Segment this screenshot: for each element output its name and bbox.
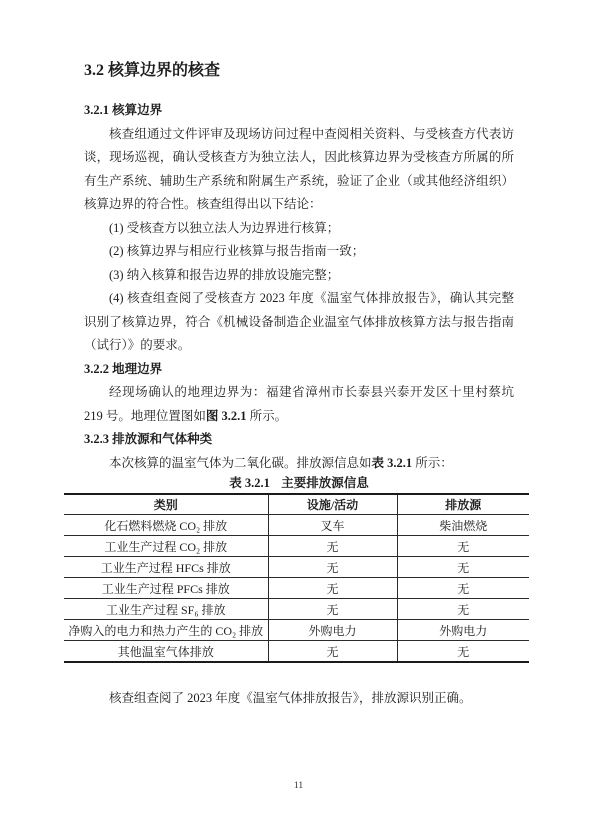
table-cell: 其他温室气体排放 xyxy=(64,641,268,663)
col-header-category: 类别 xyxy=(64,494,268,515)
paragraph-closing: 核查组查阅了 2023 年度《温室气体排放报告》，排放源识别正确。 xyxy=(84,687,514,711)
figure-reference: 图 3.2.1 xyxy=(206,409,247,423)
table-cell: 工业生产过程 SF₆ 排放 xyxy=(64,599,268,620)
table-cell: 外购电力 xyxy=(397,620,529,641)
conclusion-item-2: (2) 核算边界与相应行业核算与报告指南一致； xyxy=(84,240,514,264)
table-cell: 柴油燃烧 xyxy=(397,515,529,536)
table-cell: 无 xyxy=(268,599,397,620)
col-header-emission-source: 排放源 xyxy=(397,494,529,515)
geo-text-before: 经现场确认的地理边界为：福建省漳州市长泰县兴泰开发区十里村蔡坑 219 号。地理… xyxy=(84,385,514,423)
subsection-heading-geographic-boundary: 3.2.2 地理边界 xyxy=(84,358,514,382)
table-cell: 净购入的电力和热力产生的 CO₂ 排放 xyxy=(64,620,268,641)
table-caption-label: 表 3.2.1 xyxy=(229,476,270,490)
table-cell: 外购电力 xyxy=(268,620,397,641)
emission-sources-table: 类别 设施/活动 排放源 化石燃料燃烧 CO₂ 排放 叉车 柴油燃烧 工业生产过… xyxy=(64,493,529,663)
src-text-before: 本次核算的温室气体为二氧化碳。排放源信息如 xyxy=(109,456,372,470)
table-cell: 无 xyxy=(397,536,529,557)
table-cell: 工业生产过程 PFCs 排放 xyxy=(64,578,268,599)
geo-text-after: 所示。 xyxy=(247,409,288,423)
section-heading: 3.2 核算边界的核查 xyxy=(84,60,514,82)
page-number: 11 xyxy=(0,781,597,791)
table-cell: 无 xyxy=(397,557,529,578)
paragraph-geographic-boundary: 经现场确认的地理边界为：福建省漳州市长泰县兴泰开发区十里村蔡坑 219 号。地理… xyxy=(84,381,514,428)
table-caption-title: 主要排放源信息 xyxy=(281,476,369,490)
table-row: 工业生产过程 CO₂ 排放 无 无 xyxy=(64,536,529,557)
table-row: 净购入的电力和热力产生的 CO₂ 排放 外购电力 外购电力 xyxy=(64,620,529,641)
page-content: 3.2 核算边界的核查 3.2.1 核算边界 核查组通过文件评审及现场访问过程中… xyxy=(0,0,597,711)
table-row: 工业生产过程 PFCs 排放 无 无 xyxy=(64,578,529,599)
table-cell: 叉车 xyxy=(268,515,397,536)
table-cell: 无 xyxy=(268,578,397,599)
conclusion-item-1: (1) 受核查方以独立法人为边界进行核算； xyxy=(84,217,514,241)
table-cell: 无 xyxy=(268,641,397,663)
table-cell: 无 xyxy=(397,641,529,663)
table-cell: 工业生产过程 CO₂ 排放 xyxy=(64,536,268,557)
src-text-after: 所示： xyxy=(412,456,453,470)
col-header-facility-activity: 设施/活动 xyxy=(268,494,397,515)
table-row: 工业生产过程 SF₆ 排放 无 无 xyxy=(64,599,529,620)
document-page: 3.2 核算边界的核查 3.2.1 核算边界 核查组通过文件评审及现场访问过程中… xyxy=(0,0,597,840)
conclusion-item-4: (4) 核查组查阅了受核查方 2023 年度《温室气体排放报告》，确认其完整识别… xyxy=(84,287,514,358)
table-cell: 无 xyxy=(397,578,529,599)
table-cell: 无 xyxy=(397,599,529,620)
table-caption: 表 3.2.1主要排放源信息 xyxy=(84,475,514,492)
table-row: 化石燃料燃烧 CO₂ 排放 叉车 柴油燃烧 xyxy=(64,515,529,536)
table-header-row: 类别 设施/活动 排放源 xyxy=(64,494,529,515)
table-row: 工业生产过程 HFCs 排放 无 无 xyxy=(64,557,529,578)
subsection-heading-accounting-boundary: 3.2.1 核算边界 xyxy=(84,99,514,123)
table-row: 其他温室气体排放 无 无 xyxy=(64,641,529,663)
subsection-heading-emission-sources: 3.2.3 排放源和气体种类 xyxy=(84,428,514,452)
table-cell: 工业生产过程 HFCs 排放 xyxy=(64,557,268,578)
conclusion-item-3: (3) 纳入核算和报告边界的排放设施完整； xyxy=(84,264,514,288)
table-cell: 无 xyxy=(268,536,397,557)
paragraph-accounting-boundary: 核查组通过文件评审及现场访问过程中查阅相关资料、与受核查方代表访谈，现场巡视，确… xyxy=(84,123,514,217)
table-cell: 无 xyxy=(268,557,397,578)
paragraph-emission-sources: 本次核算的温室气体为二氧化碳。排放源信息如表 3.2.1 所示： xyxy=(84,452,514,476)
table-reference: 表 3.2.1 xyxy=(372,456,413,470)
table-cell: 化石燃料燃烧 CO₂ 排放 xyxy=(64,515,268,536)
